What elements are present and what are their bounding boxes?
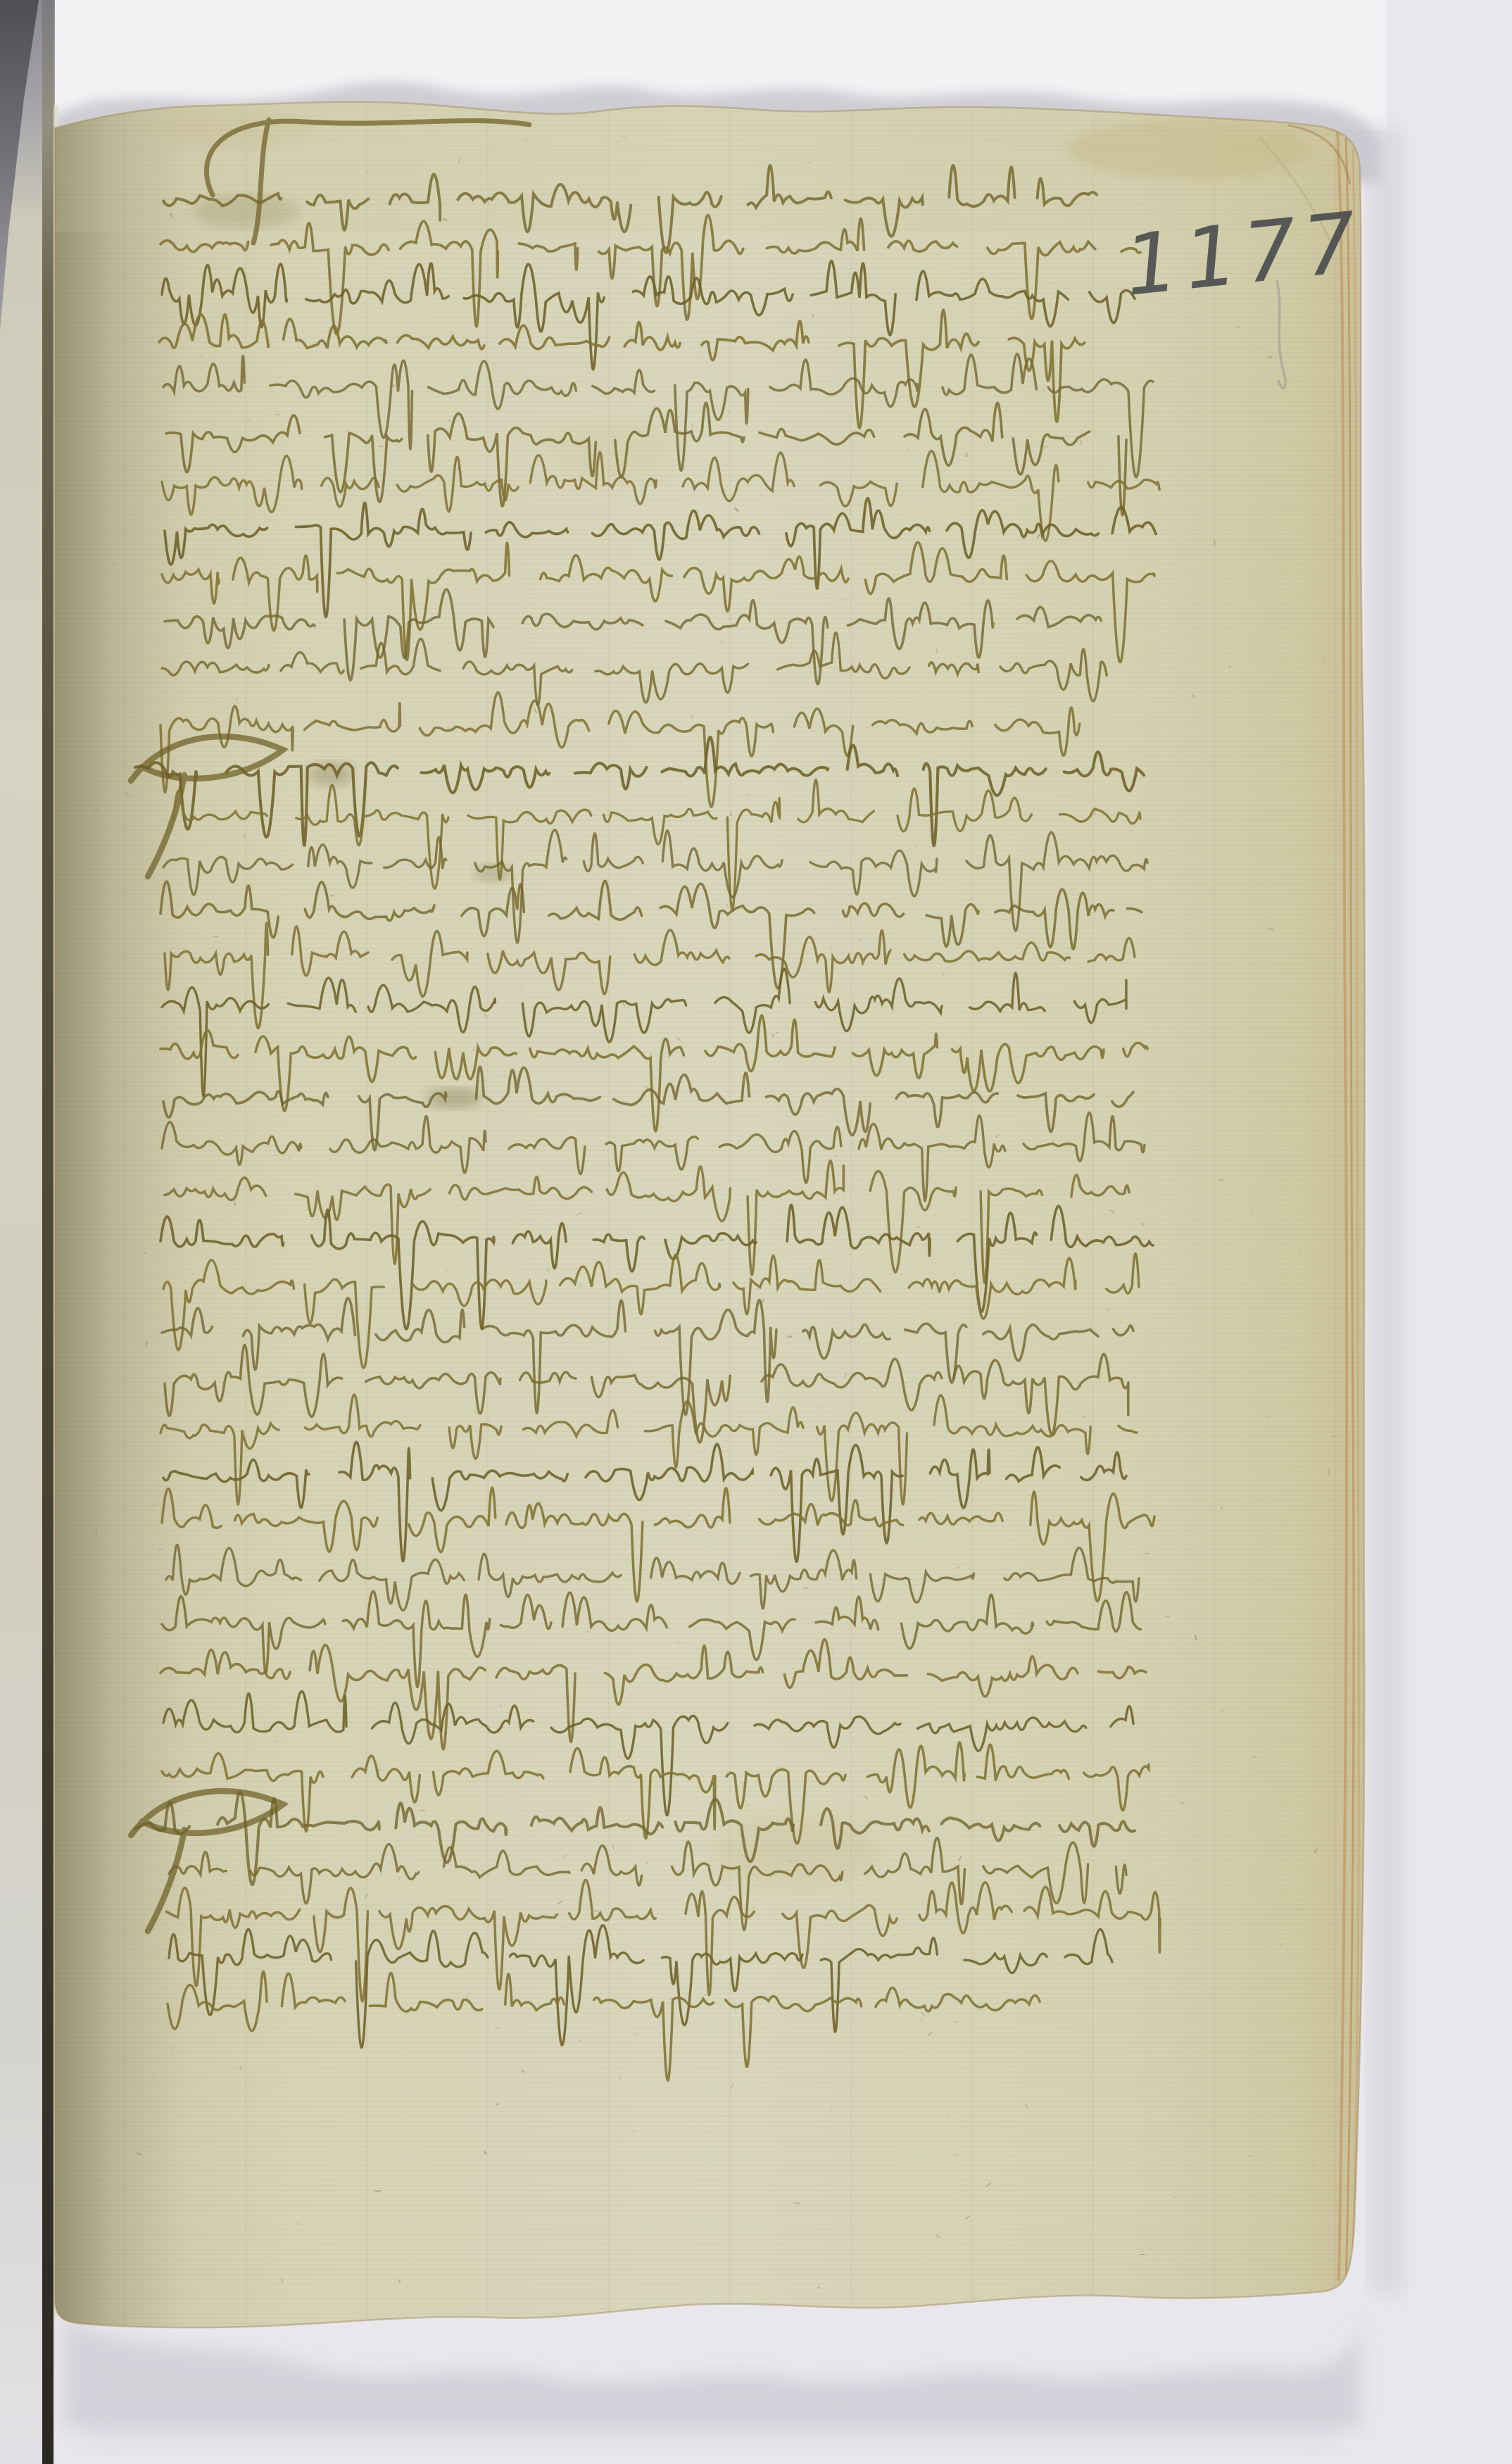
manuscript-photo: 1177: [0, 0, 1512, 2464]
paper-fleck: [1284, 764, 1286, 765]
paper-fleck: [1195, 1635, 1197, 1640]
paper-fleck: [1229, 666, 1230, 667]
paper-fleck: [1329, 1469, 1330, 1475]
paper-fleck: [234, 1201, 235, 1206]
paper-fleck: [1268, 357, 1272, 358]
paper-fleck: [748, 794, 749, 796]
paper-fleck: [638, 911, 639, 912]
manuscript-scene: 1177: [0, 0, 1512, 2464]
paper-fleck: [729, 618, 731, 619]
paper-fleck: [1333, 1435, 1334, 1438]
paper-fleck: [719, 2116, 721, 2117]
paper-fleck: [692, 423, 693, 427]
paper-fleck: [900, 1274, 902, 1275]
paper-fleck: [1249, 2156, 1251, 2156]
paper-fleck: [153, 2077, 156, 2078]
paper-fleck: [803, 1588, 809, 1588]
paper-fleck: [282, 2278, 282, 2283]
paper-fleck: [619, 2075, 620, 2080]
paper-fleck: [172, 2046, 173, 2049]
paper-fleck: [698, 358, 699, 358]
paper-fleck: [557, 1860, 558, 1861]
binding-seam: [42, 0, 53, 2464]
paper-fleck: [1219, 1180, 1223, 1181]
paper-fleck: [96, 1530, 96, 1537]
paper-fleck: [193, 1698, 194, 1699]
paper-fleck: [446, 1271, 449, 1271]
paper-fleck: [496, 2104, 499, 2104]
paper-fleck: [236, 699, 238, 700]
paper-fleck: [772, 1034, 773, 1037]
paper-fleck: [393, 384, 393, 386]
paper-fleck: [790, 1861, 790, 1863]
paper-fleck: [1280, 1943, 1280, 1945]
paper-fleck: [142, 1834, 143, 1836]
paper-fleck: [794, 2203, 800, 2204]
paper-fleck: [1330, 146, 1332, 146]
paper-fleck: [747, 1804, 748, 1805]
paper-fleck: [916, 844, 917, 850]
fore-edge-shadow: [1368, 127, 1405, 2295]
paper-fleck: [460, 1186, 462, 1188]
paper-fleck: [764, 979, 765, 980]
paper-fleck: [275, 415, 280, 415]
paper-fleck: [579, 2040, 581, 2041]
paper-fleck: [719, 1240, 724, 1240]
paper-fleck: [1237, 327, 1238, 328]
bottom-soft-shadow: [84, 2387, 1337, 2450]
paper-fleck: [377, 422, 377, 423]
paper-fleck: [1165, 1616, 1169, 1617]
paper-fleck: [449, 420, 451, 421]
paper-fleck: [399, 2280, 401, 2283]
